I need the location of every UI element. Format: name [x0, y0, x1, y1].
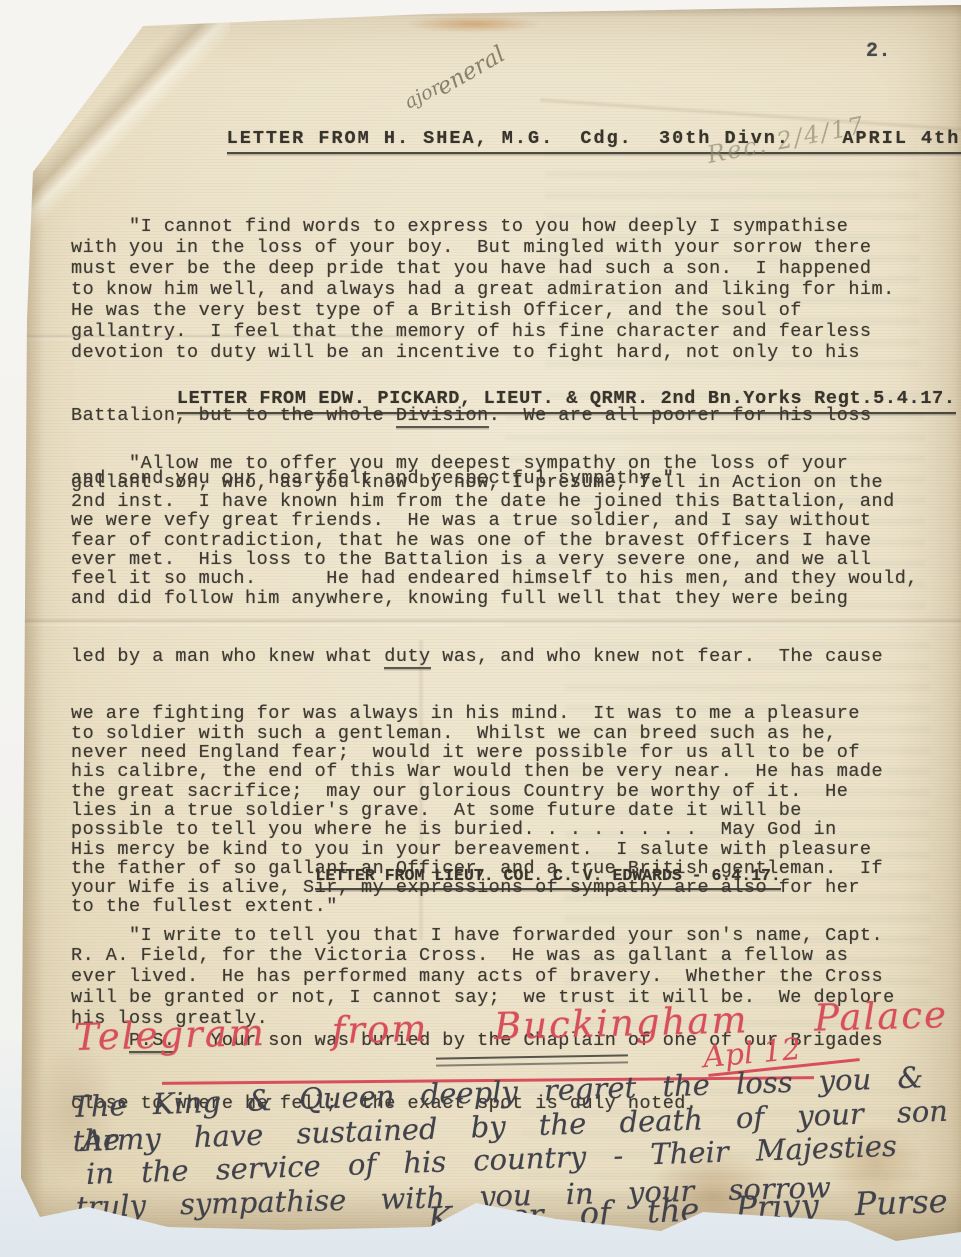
scanned-letter-page: 2. LETTER FROM H. SHEA, M.G. Cdg. 30th D…: [0, 0, 961, 1257]
pencil-insert-general: eneral: [432, 41, 509, 101]
paper-edge-shadow: [0, 0, 961, 18]
underlined-word-duty: duty: [384, 646, 430, 669]
paper-sheet: 2. LETTER FROM H. SHEA, M.G. Cdg. 30th D…: [0, 0, 961, 1257]
paper-stain: [408, 16, 538, 32]
letter2-heading-text: LETTER FROM EDW. PICKARD, LIEUT. & QRMR.…: [177, 388, 956, 414]
letter2-duty-line: led by a man who knew what duty was, and…: [71, 647, 918, 666]
page-number: 2.: [866, 42, 891, 63]
letter2-body-lines: "Allow me to offer you my deepest sympat…: [71, 454, 918, 608]
paper-edge-shadow: [14, 150, 44, 1230]
letter1-body-lines: "I cannot find words to express to you h…: [71, 216, 895, 363]
